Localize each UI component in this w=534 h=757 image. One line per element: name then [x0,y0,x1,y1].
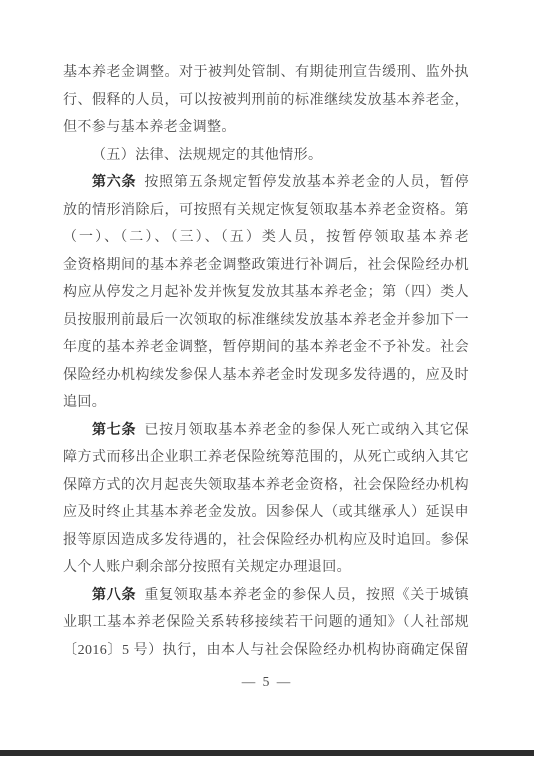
text-line: 员按服刑前最后一次领取的标准继续发放基本养老金并参加下一 [63,307,469,335]
line-text: 基本养老金调整。对于被判处管制、有期徒刑宣告缓刑、监外执 [63,65,469,80]
line-text: 构应从停发之月起补发并恢复发放其基本养老金；第（四）类人 [63,285,469,300]
line-text: 放的情形消除后，可按照有关规定恢复领取基本养老金资格。第 [63,203,469,218]
line-text: 业职工基本养老保险关系转移接续若干问题的通知》（人社部规 [63,615,469,630]
text-line: （一）、（二）、（三）、（五）类人员，按暂停领取基本养老 [63,224,469,252]
line-text: （五）法律、法规规定的其他情形。 [92,148,322,163]
line-text: 报等原因造成多发待遇的，社会保险经办机构应及时追回。参保 [63,533,469,548]
line-text: （一）、（二）、（三）、（五）类人员，按暂停领取基本养老 [63,230,469,245]
text-line: 应及时终止其基本养老金发放。因参保人（或其继承人）延误申 [63,499,469,527]
line-text: 员按服刑前最后一次领取的标准继续发放基本养老金并参加下一 [63,313,469,328]
scan-edge-bar [0,750,534,756]
text-line: 第七条已按月领取基本养老金的参保人死亡或纳入其它保 [63,417,469,445]
line-text: 已按月领取基本养老金的参保人死亡或纳入其它保 [144,423,469,438]
text-line: 金资格期间的基本养老金调整政策进行补调后，社会保险经办机 [63,252,469,280]
line-text: 障方式而移出企业职工养老保险统筹范围的，从死亡或纳入其它 [63,450,469,465]
line-text: 人个人账户剩余部分按照有关规定办理退回。 [63,560,351,575]
text-line: 第八条重复领取基本养老金的参保人员，按照《关于城镇企 [63,582,469,610]
line-text: 追回。 [63,395,106,410]
text-line: 人个人账户剩余部分按照有关规定办理退回。 [63,554,469,582]
line-text: 重复领取基本养老金的参保人员，按照《关于城镇企 [92,588,469,610]
text-line: 构应从停发之月起补发并恢复发放其基本养老金；第（四）类人 [63,279,469,307]
page-number: — 5 — [0,672,534,692]
document-page: 基本养老金调整。对于被判处管制、有期徒刑宣告缓刑、监外执行、假释的人员，可以按被… [0,0,534,757]
line-text: 应及时终止其基本养老金发放。因参保人（或其继承人）延误申 [63,505,469,520]
line-text: 保障方式的次月起丧失领取基本养老金资格，社会保险经办机构 [63,478,469,493]
line-text: 但不参与基本养老金调整。 [63,120,236,135]
line-text: 〔2016〕5 号）执行，由本人与社会保险经办机构协商确定保留 [63,643,469,658]
text-line: 但不参与基本养老金调整。 [63,114,469,142]
text-line: 追回。 [63,389,469,417]
document-body-text: 基本养老金调整。对于被判处管制、有期徒刑宣告缓刑、监外执行、假释的人员，可以按被… [63,59,469,664]
line-text: 金资格期间的基本养老金调整政策进行补调后，社会保险经办机 [63,258,469,273]
text-line: 第六条按照第五条规定暂停发放基本养老金的人员，暂停发 [63,169,469,197]
text-line: 报等原因造成多发待遇的，社会保险经办机构应及时追回。参保 [63,527,469,555]
text-line: 保险经办机构续发参保人基本养老金时发现多发待遇的，应及时 [63,362,469,390]
line-text: 保险经办机构续发参保人基本养老金时发现多发待遇的，应及时 [63,368,469,383]
text-line: 保障方式的次月起丧失领取基本养老金资格，社会保险经办机构 [63,472,469,500]
line-text: 按照第五条规定暂停发放基本养老金的人员，暂停发 [92,175,469,197]
article-number-label: 第七条 [92,423,136,438]
line-text: 年度的基本养老金调整，暂停期间的基本养老金不予补发。社会 [63,340,469,355]
text-line: 基本养老金调整。对于被判处管制、有期徒刑宣告缓刑、监外执 [63,59,469,87]
text-line: 放的情形消除后，可按照有关规定恢复领取基本养老金资格。第 [63,197,469,225]
text-line: 行、假释的人员，可以按被判刑前的标准继续发放基本养老金， [63,87,469,115]
article-number-label: 第六条 [92,175,136,190]
text-line: 〔2016〕5 号）执行，由本人与社会保险经办机构协商确定保留 [63,637,469,665]
text-line: 业职工基本养老保险关系转移接续若干问题的通知》（人社部规 [63,609,469,637]
text-line: 障方式而移出企业职工养老保险统筹范围的，从死亡或纳入其它 [63,444,469,472]
text-line: 年度的基本养老金调整，暂停期间的基本养老金不予补发。社会 [63,334,469,362]
article-number-label: 第八条 [92,588,136,603]
text-line: （五）法律、法规规定的其他情形。 [63,142,469,170]
line-text: 行、假释的人员，可以按被判刑前的标准继续发放基本养老金， [63,93,469,108]
